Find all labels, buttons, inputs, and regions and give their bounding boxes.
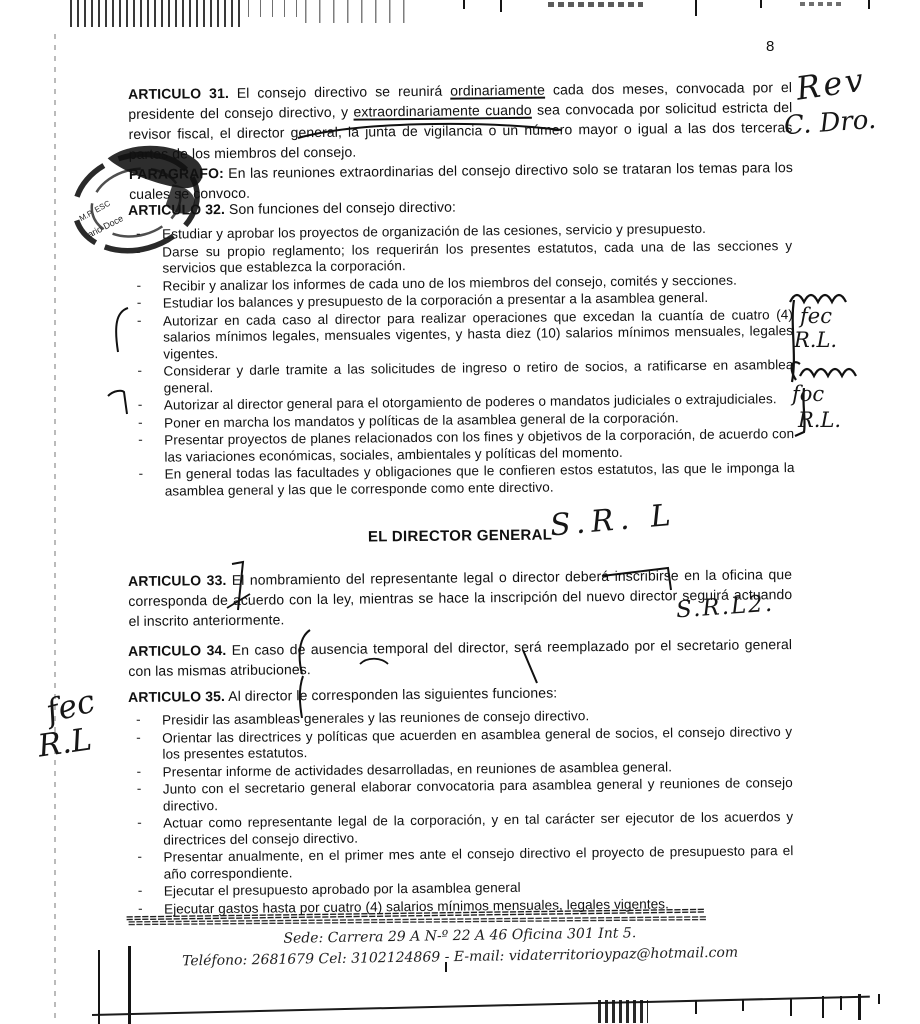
scan-artifact-tick [500,0,502,12]
director-general-heading: EL DIRECTOR GENERAL [128,524,792,548]
page-number: 8 [766,38,774,55]
hand-slash-mark [518,648,542,686]
scan-artifact-bottom-line [92,996,870,1016]
list-item: -Considerar y darle tramite a las solici… [163,357,793,397]
handwritten-note-left-margin-1: fec [43,685,98,728]
scan-artifact-bottom-cluster [598,1000,648,1023]
scan-artifact-tick [868,0,870,9]
hand-bracket-mark [112,306,132,356]
hand-underline-mark [358,654,390,668]
list-item: -Presentar anualmente, en el primer mes … [163,843,793,883]
hand-mark-overline [296,118,566,140]
scan-artifact-tick [878,994,880,1004]
hand-bracket-mark [292,628,314,676]
scan-artifact-top-left [70,0,245,27]
handwritten-note-top-right-1: Rev [794,63,868,104]
hand-hook-mark [106,386,134,416]
underlined-phrase: extraordinariamente cuando [353,102,531,120]
scan-artifact-tick [695,1000,697,1014]
handwritten-note-top-right-2: C. Dro. [783,107,877,139]
article-31-label: ARTICULO 31. [128,85,229,102]
scan-artifact-tick [822,996,824,1018]
underlined-word: ordinariamente [450,82,545,99]
list-item: -Darse su propio reglamento; los requeri… [162,238,792,278]
scan-artifact-tick [760,0,762,8]
handwritten-note-right-2b: R.L. [798,410,841,431]
scan-artifact-tick [695,0,697,16]
scan-artifact-tick [463,0,465,9]
hand-bracket-mark [600,564,676,592]
scan-artifact-top-middle [305,0,417,23]
scan-artifact-top-dashes [548,2,643,7]
list-item: -Junto con el secretario general elabora… [163,775,793,815]
scribble-mark [788,356,860,384]
article-35-heading: ARTICULO 35. Al director le corresponden… [128,680,792,707]
scanned-page: 8 ARTICULO 31. El consejo directivo se r… [0,0,920,1024]
scan-artifact-tick [742,999,744,1011]
list-item: -Actuar como representante legal de la c… [163,809,793,849]
handwritten-note-right-1b: R.L. [794,330,837,351]
scan-artifact-tick [858,994,861,1020]
list-item: -Presentar proyectos de planes relaciona… [164,426,794,466]
scan-artifact-tick [445,962,447,972]
hand-bracket-mark [294,674,310,720]
scan-artifact-tick [840,996,842,1010]
scan-artifact-tick [98,950,100,1024]
scan-artifact-tick [790,998,792,1016]
scan-artifact-tick [128,946,131,1024]
list-item: -Autorizar en cada caso al director para… [163,307,793,363]
article-31-paragraph: ARTICULO 31. El consejo directivo se reu… [128,77,793,204]
hand-strike-mark [225,590,253,612]
handwritten-note-left-margin-2: R.L [36,724,94,762]
handwritten-note-right-2a: foc [792,384,824,405]
article-32-list: -Estudiar y aprobar los proyectos de org… [128,220,795,501]
handwritten-note-right-1a: fec [800,306,832,327]
article-34-paragraph: ARTICULO 34. En caso de ausencia tempora… [128,634,792,681]
scan-artifact-top-right-dashes [800,2,844,6]
list-item: -En general todas las facultades y oblig… [165,460,795,500]
article-35-list: -Presidir las asambleas generales y las … [128,706,794,919]
list-item: -Orientar las directrices y políticas qu… [162,724,792,764]
scan-artifact-top-left-2 [248,0,306,17]
